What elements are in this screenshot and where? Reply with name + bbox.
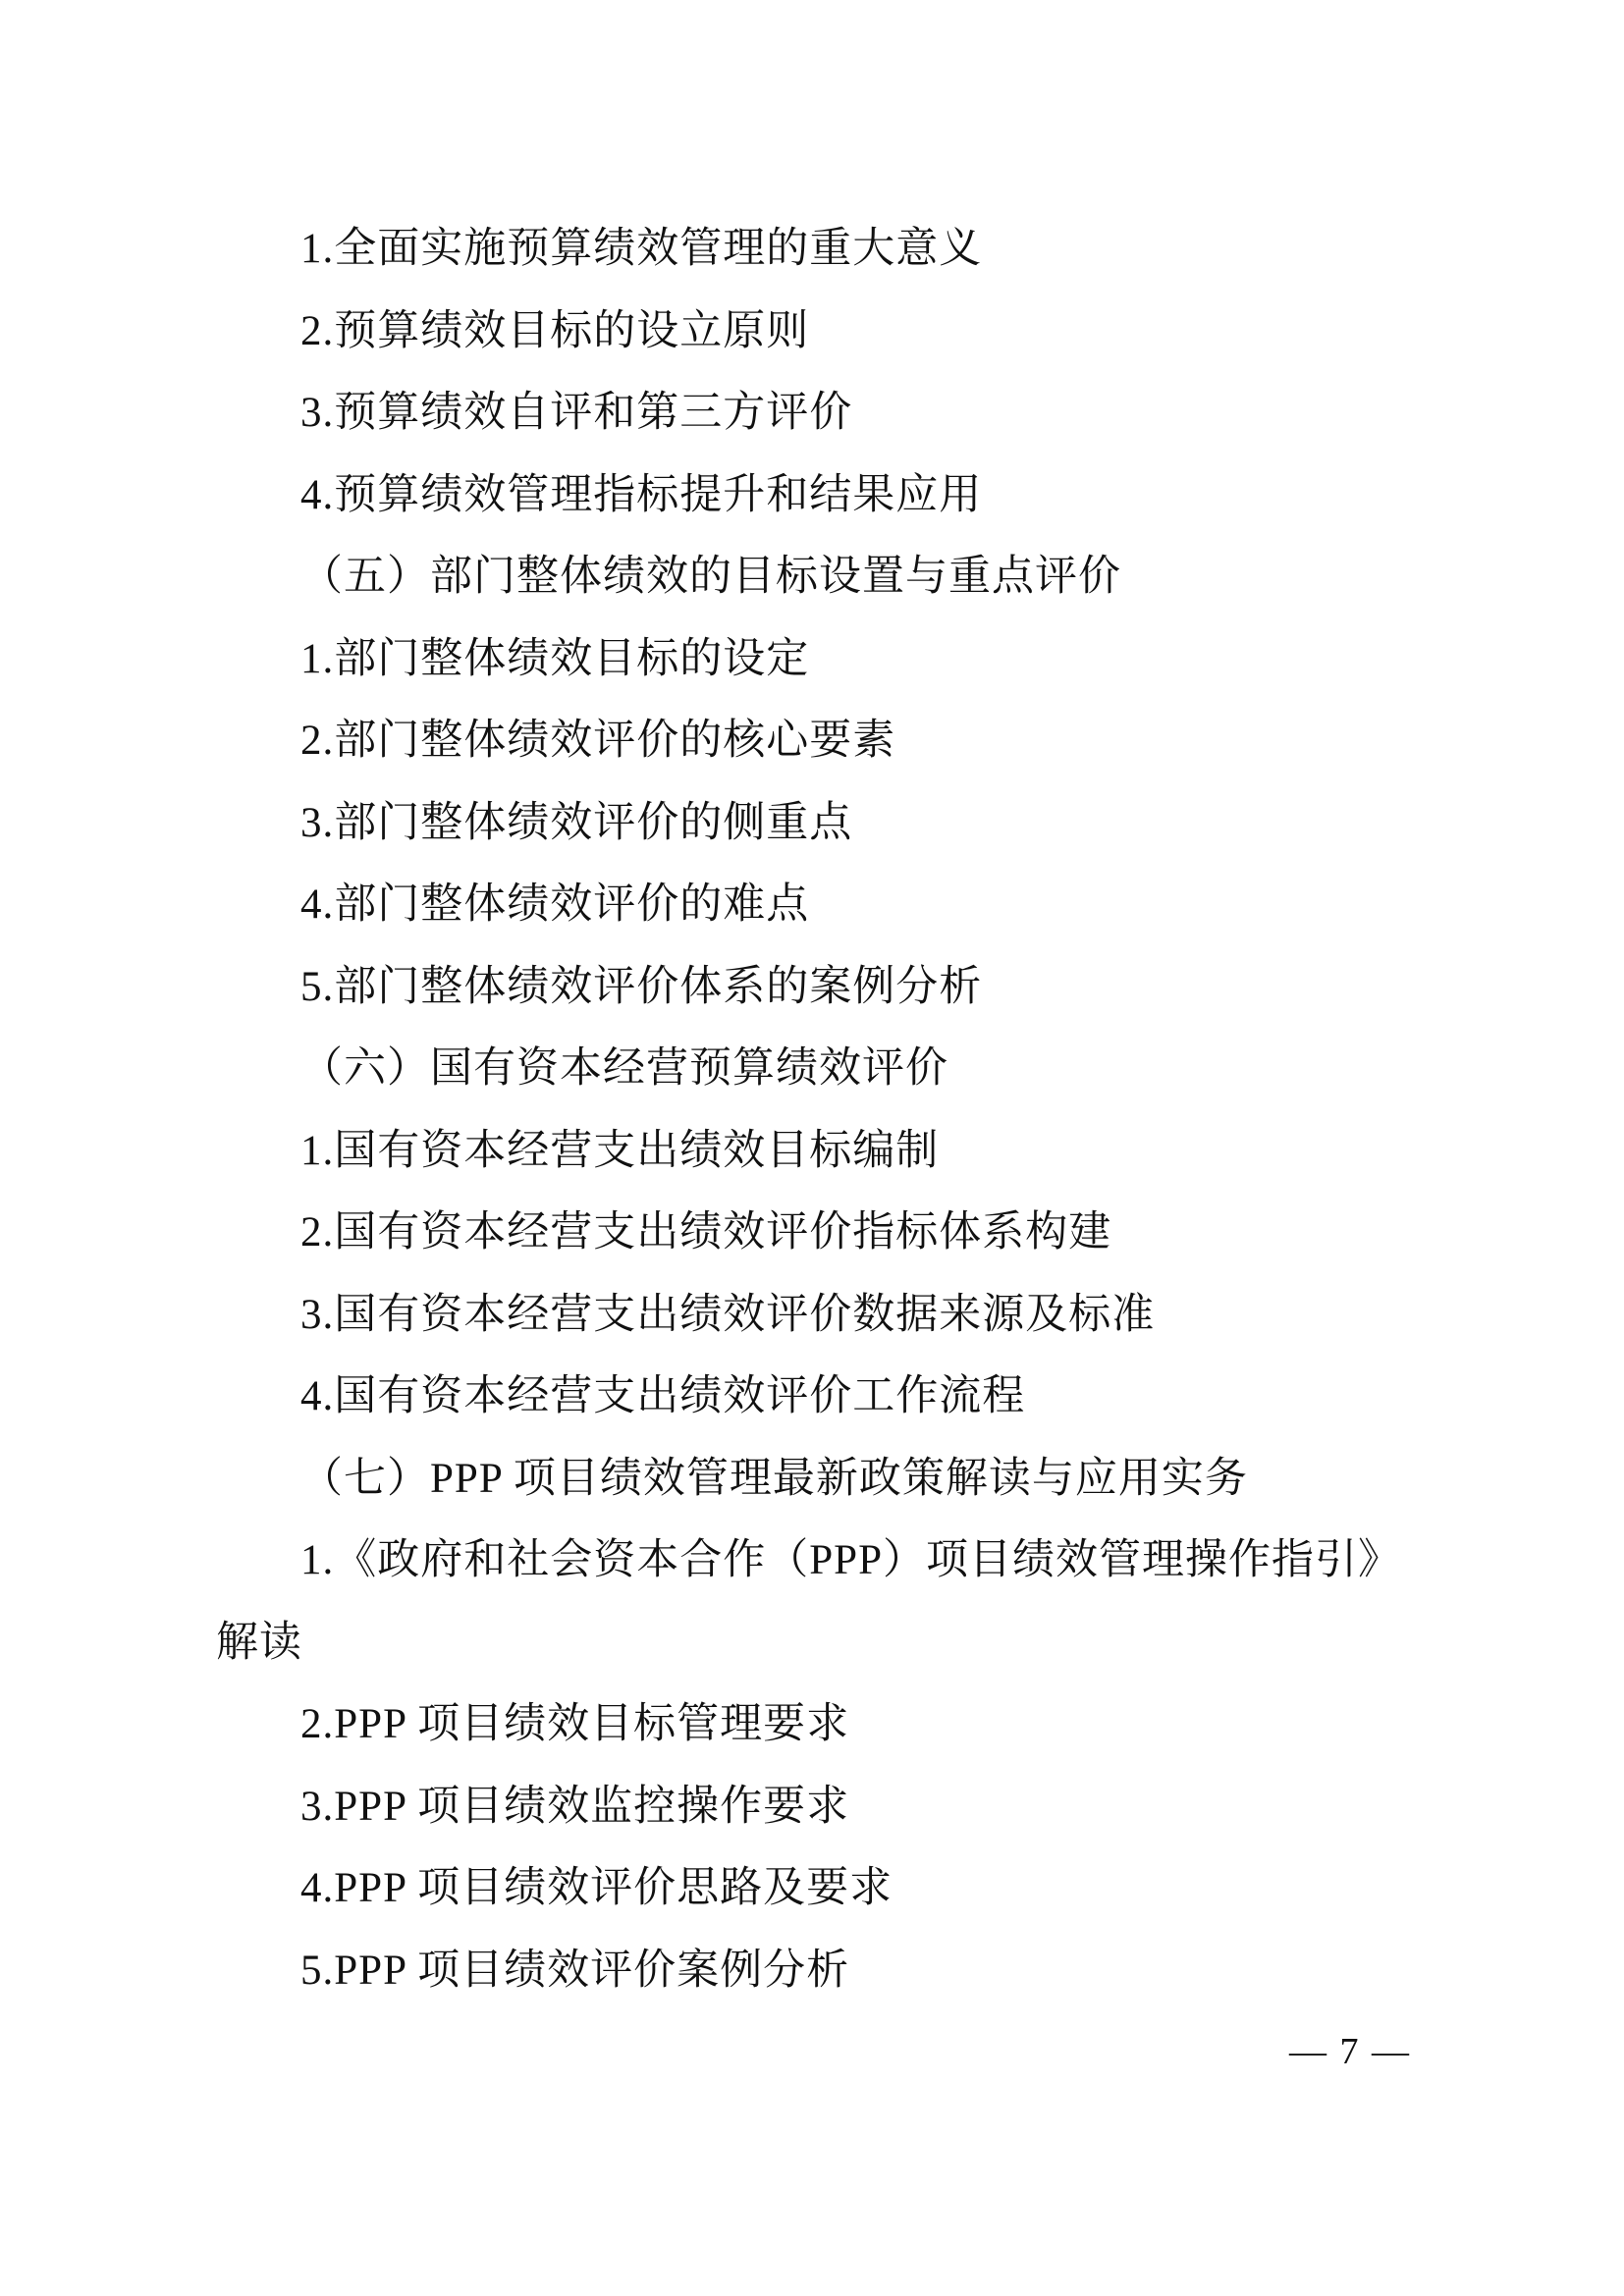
text-line: 2.预算绩效目标的设立原则 bbox=[216, 291, 1443, 373]
text-line: 1.《政府和社会资本合作（PPP）项目绩效管理操作指引》 bbox=[216, 1520, 1443, 1602]
document-body: 1.全面实施预算绩效管理的重大意义2.预算绩效目标的设立原则3.预算绩效自评和第… bbox=[216, 208, 1443, 2011]
text-line: （五）部门整体绩效的目标设置与重点评价 bbox=[216, 536, 1443, 618]
text-line: 4.国有资本经营支出绩效评价工作流程 bbox=[216, 1356, 1443, 1438]
text-line: （七）PPP 项目绩效管理最新政策解读与应用实务 bbox=[216, 1438, 1443, 1521]
text-line: 4.部门整体绩效评价的难点 bbox=[216, 864, 1443, 946]
text-line: 1.全面实施预算绩效管理的重大意义 bbox=[216, 208, 1443, 291]
text-line: 5.部门整体绩效评价体系的案例分析 bbox=[216, 946, 1443, 1029]
text-line: 3.国有资本经营支出绩效评价数据来源及标准 bbox=[216, 1274, 1443, 1357]
text-line: 2.国有资本经营支出绩效评价指标体系构建 bbox=[216, 1192, 1443, 1274]
text-line: 2.部门整体绩效评价的核心要素 bbox=[216, 700, 1443, 782]
text-line: 5.PPP 项目绩效评价案例分析 bbox=[216, 1930, 1443, 2012]
text-line: 1.部门整体绩效目标的设定 bbox=[216, 618, 1443, 701]
page-footer: — 7 — bbox=[1289, 2030, 1411, 2073]
text-line: 4.预算绩效管理指标提升和结果应用 bbox=[216, 454, 1443, 537]
text-line: 3.PPP 项目绩效监控操作要求 bbox=[216, 1766, 1443, 1848]
text-line: 3.预算绩效自评和第三方评价 bbox=[216, 372, 1443, 454]
document-page: 1.全面实施预算绩效管理的重大意义2.预算绩效目标的设立原则3.预算绩效自评和第… bbox=[0, 0, 1624, 2296]
text-line: 4.PPP 项目绩效评价思路及要求 bbox=[216, 1847, 1443, 1930]
page-number: — 7 — bbox=[1289, 2031, 1411, 2072]
text-line: 1.国有资本经营支出绩效目标编制 bbox=[216, 1110, 1443, 1193]
text-line: 2.PPP 项目绩效目标管理要求 bbox=[216, 1683, 1443, 1766]
text-line: （六）国有资本经营预算绩效评价 bbox=[216, 1028, 1443, 1110]
text-line: 3.部门整体绩效评价的侧重点 bbox=[216, 782, 1443, 865]
text-line: 解读 bbox=[216, 1602, 1443, 1684]
